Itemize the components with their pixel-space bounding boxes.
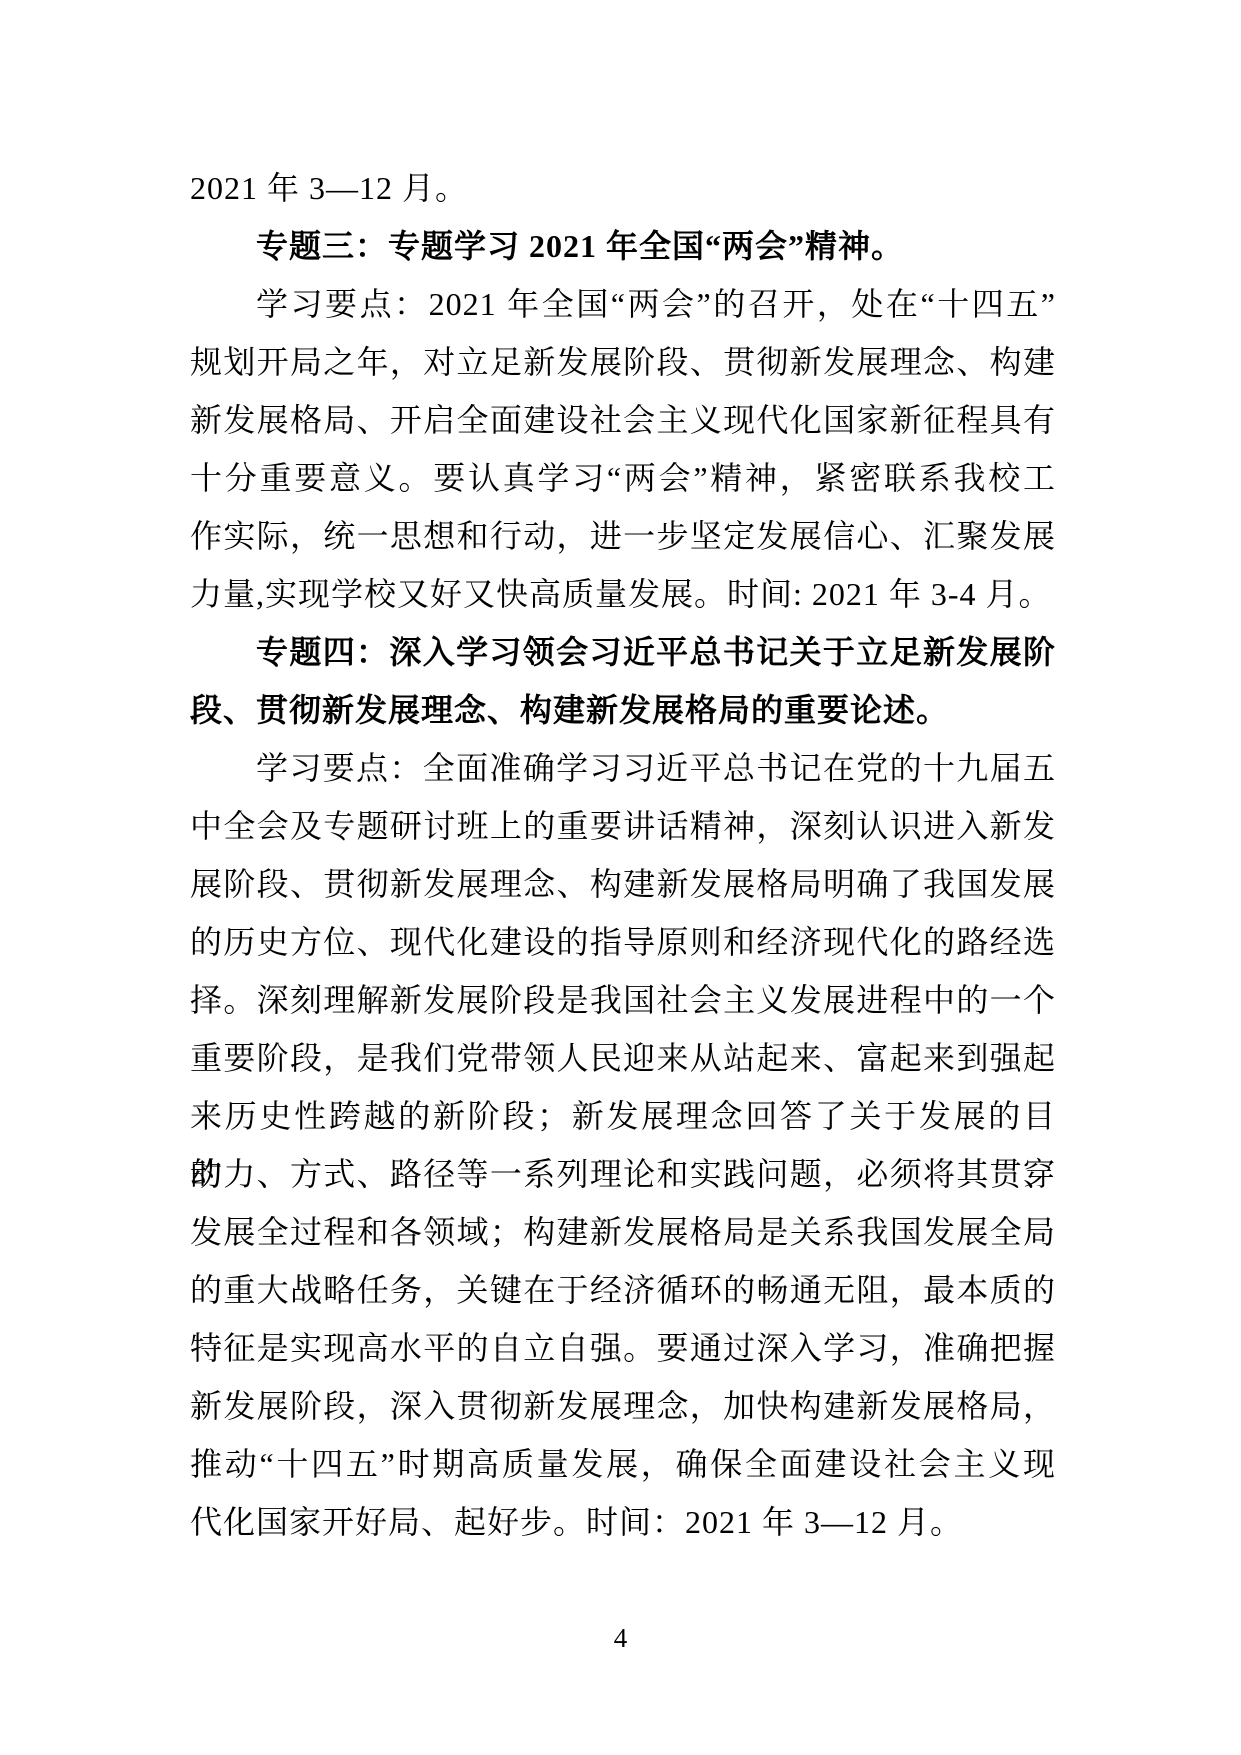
text-line-topic4-points-9: 发展全过程和各领域；构建新发展格局是关系我国发展全局 <box>190 1203 1056 1261</box>
text-line-topic3-points-6: 力量,实现学校又好又快高质量发展。时间: 2021 年 3-4 月。 <box>190 565 1056 623</box>
text-line-topic4-points-13: 推动“十四五”时期高质量发展，确保全面建设社会主义现 <box>190 1435 1056 1493</box>
text-line-topic3-points-1: 学习要点：2021 年全国“两会”的召开，处在“十四五” <box>190 275 1056 333</box>
text-line-topic4-points-7: 来历史性跨越的新阶段；新发展理念回答了关于发展的目的、 <box>190 1087 1056 1145</box>
page-number: 4 <box>0 1622 1241 1654</box>
text-line-topic4-points-11: 特征是实现高水平的自立自强。要通过深入学习，准确把握 <box>190 1319 1056 1377</box>
text-line-topic4-points-6: 重要阶段，是我们党带领人民迎来从站起来、富起来到强起 <box>190 1029 1056 1087</box>
heading-topic-4-line-1: 专题四：深入学习领会习近平总书记关于立足新发展阶 <box>190 623 1056 681</box>
text-line-topic3-points-2: 规划开局之年，对立足新发展阶段、贯彻新发展理念、构建 <box>190 333 1056 391</box>
text-line-date-range: 2021 年 3—12 月。 <box>190 159 1056 217</box>
text-line-topic3-points-3: 新发展格局、开启全面建设社会主义现代化国家新征程具有 <box>190 391 1056 449</box>
text-line-topic4-points-14: 代化国家开好局、起好步。时间：2021 年 3—12 月。 <box>190 1493 1056 1551</box>
heading-topic-3: 专题三：专题学习 2021 年全国“两会”精神。 <box>190 217 1056 275</box>
document-page: 2021 年 3—12 月。 专题三：专题学习 2021 年全国“两会”精神。 … <box>0 0 1241 1755</box>
text-line-topic4-points-3: 展阶段、贯彻新发展理念、构建新发展格局明确了我国发展 <box>190 855 1056 913</box>
text-line-topic4-points-2: 中全会及专题研讨班上的重要讲话精神，深刻认识进入新发 <box>190 797 1056 855</box>
text-line-topic4-points-1: 学习要点：全面准确学习习近平总书记在党的十九届五 <box>190 739 1056 797</box>
text-line-topic4-points-12: 新发展阶段，深入贯彻新发展理念，加快构建新发展格局， <box>190 1377 1056 1435</box>
text-line-topic3-points-4: 十分重要意义。要认真学习“两会”精神，紧密联系我校工 <box>190 449 1056 507</box>
text-line-topic4-points-10: 的重大战略任务，关键在于经济循环的畅通无阻，最本质的 <box>190 1261 1056 1319</box>
text-line-topic3-points-5: 作实际，统一思想和行动，进一步坚定发展信心、汇聚发展 <box>190 507 1056 565</box>
text-line-topic4-points-5: 择。深刻理解新发展阶段是我国社会主义发展进程中的一个 <box>190 971 1056 1029</box>
heading-topic-4-line-2: 段、贯彻新发展理念、构建新发展格局的重要论述。 <box>190 681 1056 739</box>
document-text-block: 2021 年 3—12 月。 专题三：专题学习 2021 年全国“两会”精神。 … <box>190 159 1056 1551</box>
text-line-topic4-points-8: 动力、方式、路径等一系列理论和实践问题，必须将其贯穿 <box>190 1145 1056 1203</box>
text-line-topic4-points-4: 的历史方位、现代化建设的指导原则和经济现代化的路经选 <box>190 913 1056 971</box>
